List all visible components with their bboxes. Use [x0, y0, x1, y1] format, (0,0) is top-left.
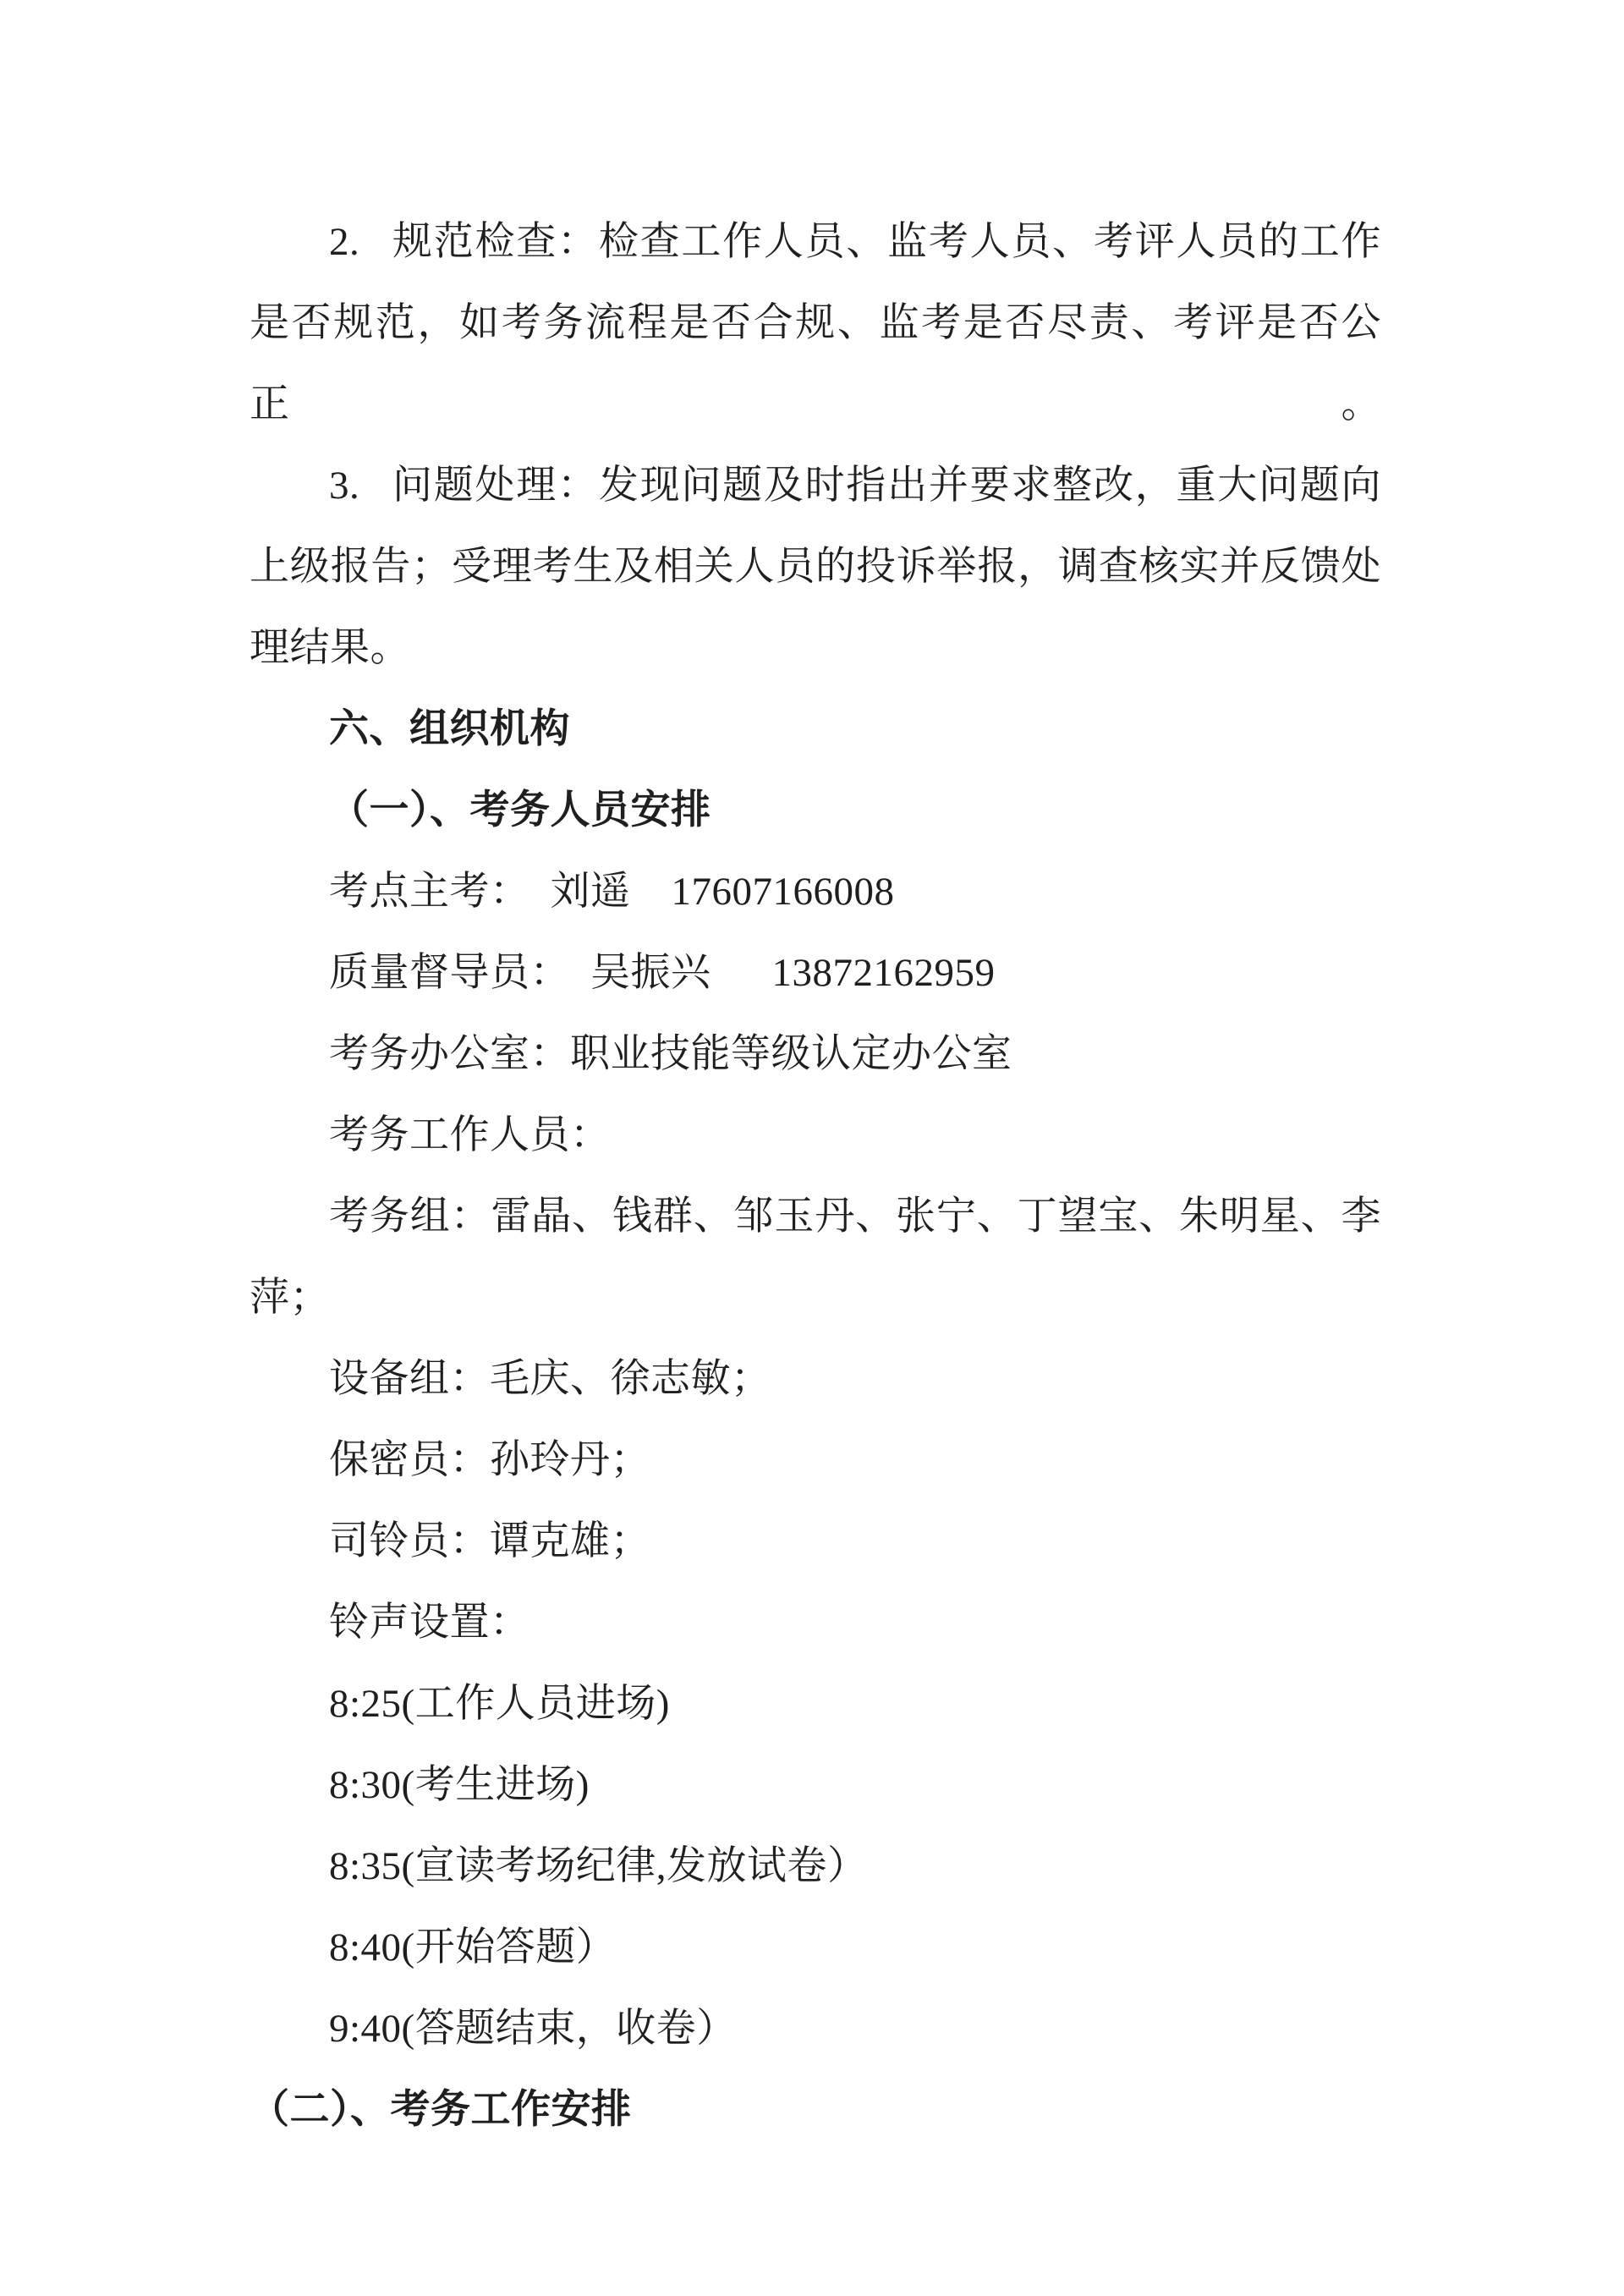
bell-settings-label-line: 铃声设置：: [250, 1582, 1381, 1663]
bell-time-8-25: 8:25(工作人员进场): [250, 1663, 1381, 1744]
bell-time-8-35: 8:35(宣读考场纪律,发放试卷）: [250, 1826, 1381, 1907]
item3-problem-handling-line2: 上级报告；受理考生及相关人员的投诉举报，调查核实并反馈处: [250, 526, 1381, 607]
item2-standard-check-line2: 是否规范，如考务流程是否合规、监考是否尽责、考评是否公正。: [250, 283, 1381, 445]
document-page: 2. 规范检查：检查工作人员、监考人员、考评人员的工作是否规范，如考务流程是否合…: [0, 0, 1624, 2296]
bell-officer-line: 司铃员：谭克雄；: [250, 1501, 1381, 1582]
item3-problem-handling-line3: 理结果。: [250, 607, 1381, 689]
heading-section-six-organization: 六、组织机构: [250, 689, 1381, 770]
quality-supervisor-line: 质量督导员： 吴振兴 13872162959: [250, 932, 1381, 1013]
exam-office-line: 考务办公室：职业技能等级认定办公室: [250, 1013, 1381, 1095]
heading-sub-two-exam-work: （二）、考务工作安排: [250, 2069, 1381, 2150]
exam-group-line1: 考务组：雷晶、钱群、邹玉丹、张宁、丁望宝、朱明星、李: [250, 1176, 1381, 1257]
document-body: 2. 规范检查：检查工作人员、监考人员、考评人员的工作是否规范，如考务流程是否合…: [250, 201, 1381, 2150]
bell-time-8-30: 8:30(考生进场): [250, 1744, 1381, 1826]
exam-staff-label-line: 考务工作人员：: [250, 1095, 1381, 1176]
exam-site-chief-line: 考点主考： 刘遥 17607166008: [250, 851, 1381, 932]
exam-group-line2: 萍；: [250, 1257, 1381, 1338]
heading-sub-one-exam-personnel: （一）、考务人员安排: [250, 770, 1381, 851]
bell-time-9-40: 9:40(答题结束，收卷）: [250, 1988, 1381, 2069]
item2-standard-check-line1: 2. 规范检查：检查工作人员、监考人员、考评人员的工作: [250, 201, 1381, 283]
bell-time-8-40: 8:40(开始答题）: [250, 1907, 1381, 1988]
security-officer-line: 保密员：孙玲丹；: [250, 1420, 1381, 1501]
item3-problem-handling-line1: 3. 问题处理：发现问题及时指出并要求整改，重大问题向: [250, 445, 1381, 526]
equipment-group-line: 设备组：毛庆、徐志敏；: [250, 1338, 1381, 1420]
